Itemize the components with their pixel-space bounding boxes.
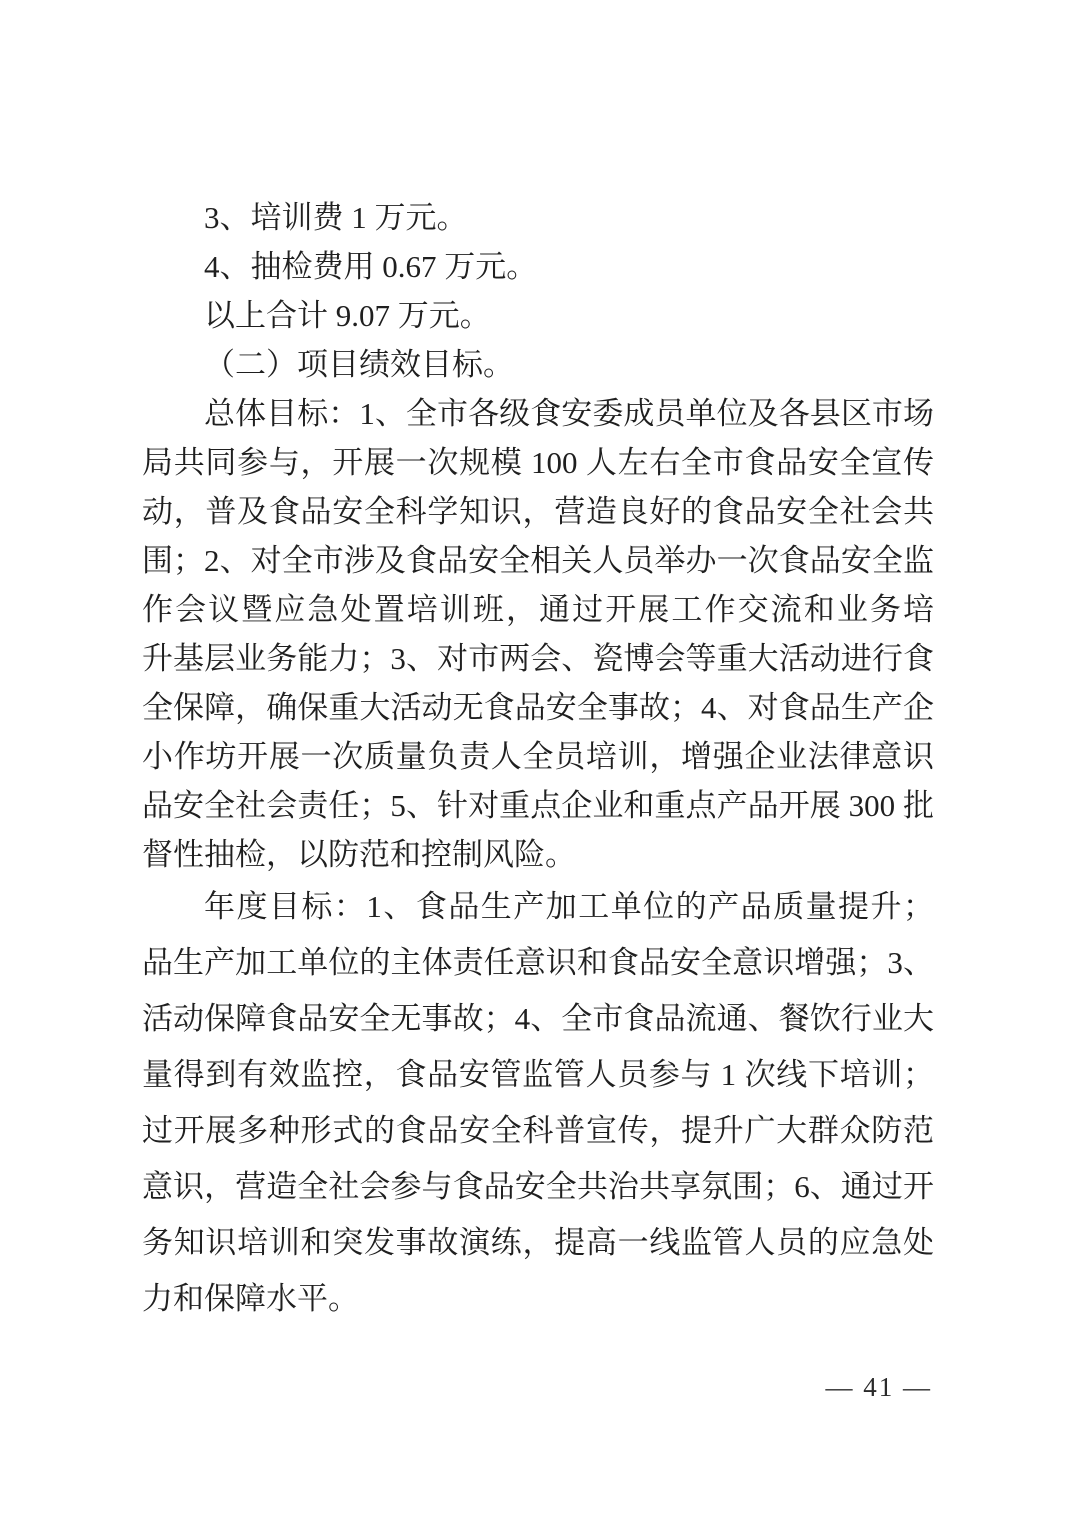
text-line: 围；2、对全市涉及食品安全相关人员举办一次食品安全监管工 [142, 536, 934, 585]
text-line: 督性抽检，以防范和控制风险。 [142, 830, 934, 879]
paragraph-block-annual-goals: 年度目标：1、食品生产加工单位的产品质量提升；2、食 品生产加工单位的主体责任意… [142, 879, 934, 1327]
text-line: 作会议暨应急处置培训班，通过开展工作交流和业务培训，提 [142, 585, 934, 634]
text-line: 全保障，确保重大活动无食品安全事故；4、对食品生产企业、 [142, 683, 934, 732]
text-line: 以上合计 9.07 万元。 [142, 291, 934, 340]
text-line: 升基层业务能力；3、对市两会、瓷博会等重大活动进行食品安 [142, 634, 934, 683]
document-page: 3、培训费 1 万元。 4、抽检费用 0.67 万元。 以上合计 9.07 万元… [0, 0, 1074, 1520]
document-body: 3、培训费 1 万元。 4、抽检费用 0.67 万元。 以上合计 9.07 万元… [142, 193, 934, 1327]
text-line: 品安全社会责任；5、针对重点企业和重点产品开展 300 批次监 [142, 781, 934, 830]
section-heading: （二）项目绩效目标。 [142, 340, 934, 389]
text-line: 过开展多种形式的食品安全科普宣传，提升广大群众防范安全 [142, 1103, 934, 1159]
text-line: 局共同参与，开展一次规模 100 人左右全市食品安全宣传周活 [142, 438, 934, 487]
text-line: 动，普及食品安全科学知识，营造良好的食品安全社会共治氛 [142, 487, 934, 536]
text-line: 活动保障食品安全无事故；4、全市食品流通、餐饮行业大米质 [142, 991, 934, 1047]
text-line: 总体目标：1、全市各级食安委成员单位及各县区市场监管 [142, 389, 934, 438]
text-line: 量得到有效监控，食品安管监管人员参与 1 次线下培训；5、通 [142, 1047, 934, 1103]
text-line: 务知识培训和突发事故演练，提高一线监管人员的应急处置能 [142, 1215, 934, 1271]
paragraph-block-expenses-and-overall-goals: 3、培训费 1 万元。 4、抽检费用 0.67 万元。 以上合计 9.07 万元… [142, 193, 934, 879]
text-line: 3、培训费 1 万元。 [142, 193, 934, 242]
text-line: 力和保障水平。 [142, 1271, 934, 1327]
page-number: — 41 — [826, 1367, 933, 1407]
text-line: 品生产加工单位的主体责任意识和食品安全意识增强；3、重大 [142, 935, 934, 991]
text-line: 小作坊开展一次质量负责人全员培训，增强企业法律意识和食 [142, 732, 934, 781]
text-line: 意识，营造全社会参与食品安全共治共享氛围；6、通过开展业 [142, 1159, 934, 1215]
text-line: 年度目标：1、食品生产加工单位的产品质量提升；2、食 [142, 879, 934, 935]
text-line: 4、抽检费用 0.67 万元。 [142, 242, 934, 291]
